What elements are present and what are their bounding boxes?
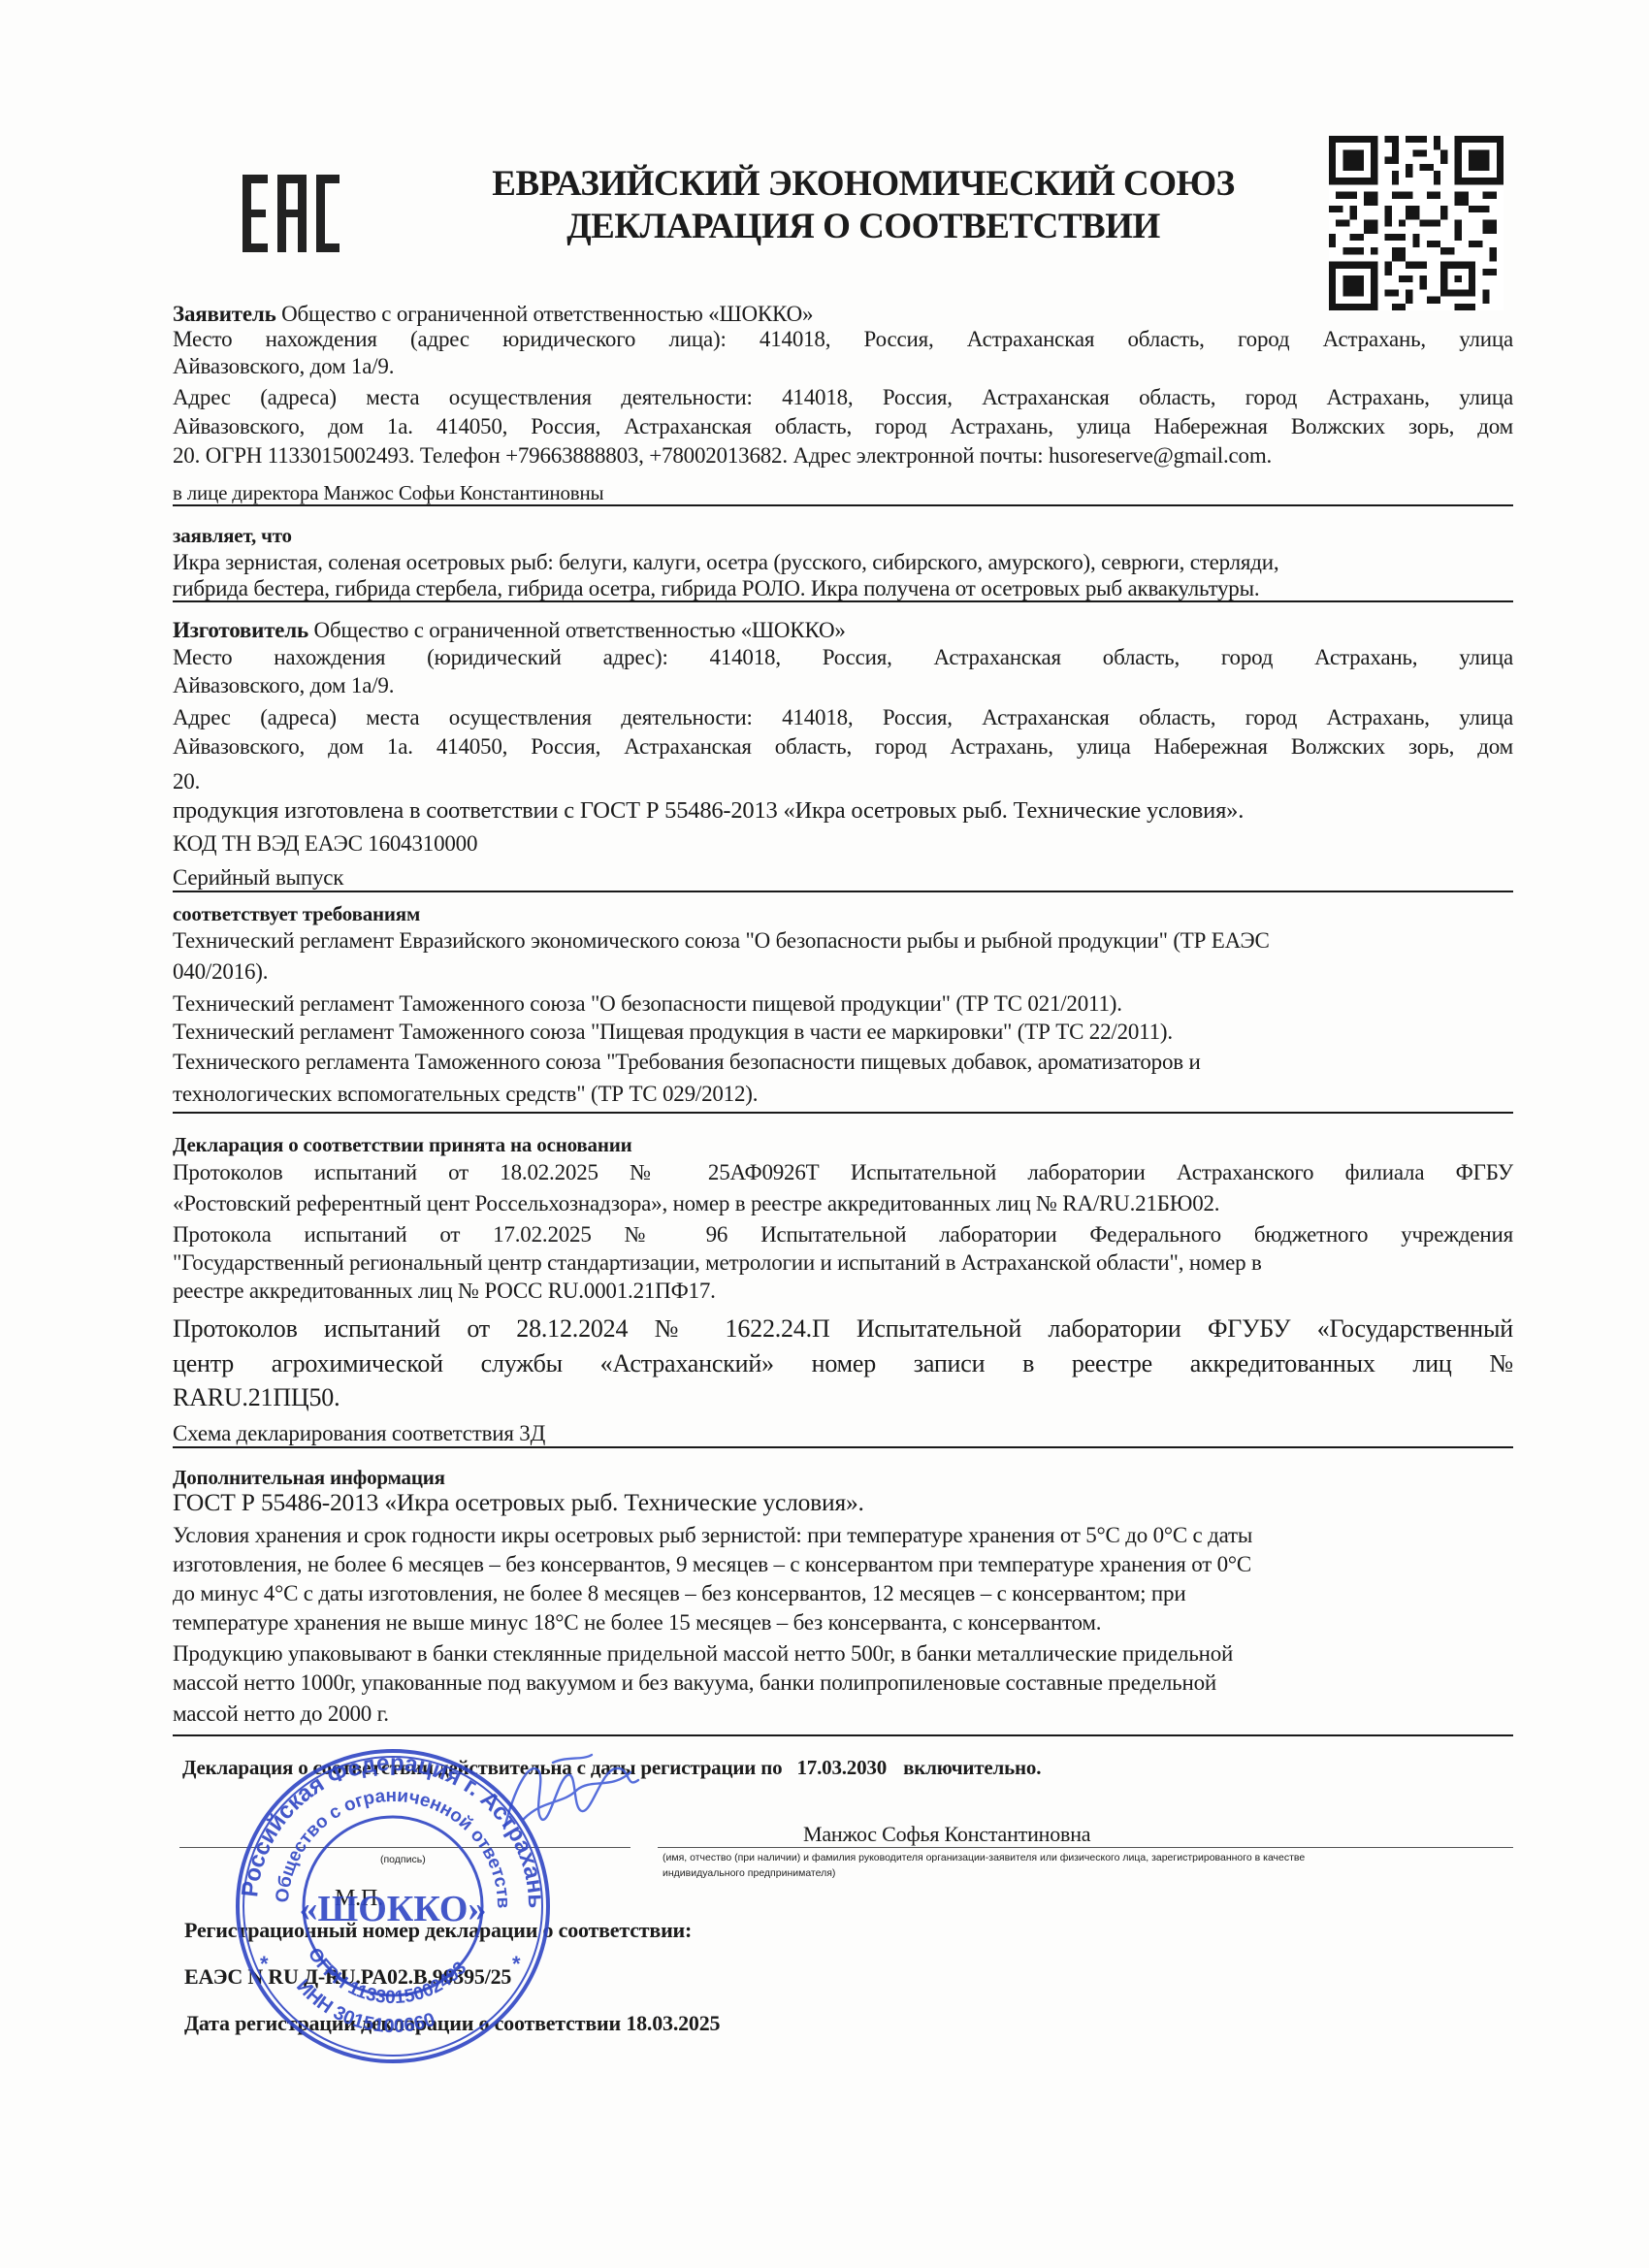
regulation-line: Технический регламент Таможенного союза …	[173, 1019, 1173, 1046]
regulation-line: 040/2016).	[173, 958, 268, 986]
regulation-line: Технический регламент Евразийского эконо…	[173, 927, 1270, 955]
declares-label: заявляет, что	[173, 522, 292, 549]
eac-logo	[242, 175, 339, 252]
storage-line: до минус 4°С с даты изготовления, не бол…	[173, 1580, 1185, 1607]
applicant-activity-line: Адрес (адреса) места осуществления деяте…	[173, 384, 1513, 411]
name-line	[658, 1847, 1513, 1848]
name-caption: индивидуального предпринимателя)	[663, 1866, 835, 1880]
document-title: ЕВРАЗИЙСКИЙ ЭКОНОМИЧЕСКИЙ СОЮЗ ДЕКЛАРАЦИ…	[436, 163, 1290, 248]
protocol-line: реестре аккредитованных лиц № РОСС RU.00…	[173, 1278, 716, 1305]
production-standard: продукция изготовлена в соответствии с Г…	[173, 797, 1244, 825]
protocol-line: Протоколов испытаний от 28.12.2024 № 162…	[173, 1313, 1513, 1345]
protocol-line: центр агрохимической службы «Астрахански…	[173, 1348, 1513, 1379]
divider	[173, 600, 1513, 602]
applicant-activity-line: Айвазовского, дом 1а. 414050, Россия, Ас…	[173, 413, 1513, 440]
product-line: гибрида бестера, гибрида стербела, гибри…	[173, 575, 1259, 602]
divider	[173, 891, 1513, 892]
packaging-line: массой нетто 1000г, упакованные под ваку…	[173, 1669, 1216, 1697]
validity-suffix: включительно.	[903, 1756, 1041, 1779]
registration-date: 18.03.2025	[626, 2011, 720, 2035]
applicant-representative: в лице директора Манжос Софьи Константин…	[173, 479, 603, 506]
qr-code-icon[interactable]	[1329, 136, 1503, 310]
title-union: ЕВРАЗИЙСКИЙ ЭКОНОМИЧЕСКИЙ СОЮЗ	[436, 163, 1290, 206]
svg-text:*: *	[512, 1952, 521, 1976]
protocol-line: Протоколов испытаний от 18.02.2025 № 25А…	[173, 1159, 1513, 1186]
manufacturer-label: Изготовитель	[173, 618, 308, 642]
protocol-line: «Ростовский референтный цент Россельхозн…	[173, 1190, 1219, 1217]
conforms-label: соответствует требованиям	[173, 900, 420, 927]
divider	[173, 504, 1513, 506]
manufacturer-address-line: Место нахождения (юридический адрес): 41…	[173, 644, 1513, 671]
divider	[173, 1446, 1513, 1448]
additional-gost: ГОСТ Р 55486-2013 «Икра осетровых рыб. Т…	[173, 1489, 864, 1516]
validity-date: 17.03.2030	[797, 1756, 888, 1779]
svg-text:*: *	[260, 1952, 269, 1976]
manufacturer-address-line: Айвазовского, дом 1а/9.	[173, 672, 394, 699]
company-stamp-icon: Российская Федерация г. Астрахань Общест…	[233, 1746, 553, 2066]
applicant-contacts-line: 20. ОГРН 1133015002493. Телефон +7966388…	[173, 442, 1272, 470]
svg-text:«ШОККО»: «ШОККО»	[299, 1889, 486, 1929]
product-line: Икра зернистая, соленая осетровых рыб: б…	[173, 549, 1278, 576]
applicant-address-line: Айвазовского, дом 1а/9.	[173, 353, 394, 380]
title-declaration: ДЕКЛАРАЦИЯ О СООТВЕТСТВИИ	[436, 206, 1290, 248]
packaging-line: массой нетто до 2000 г.	[173, 1701, 389, 1728]
storage-line: температуре хранения не выше минус 18°С …	[173, 1609, 1101, 1636]
protocol-line: RARU.21ПЦ50.	[173, 1382, 339, 1413]
hs-code: КОД ТН ВЭД ЕАЭС 1604310000	[173, 830, 477, 858]
declaration-scheme: Схема декларирования соответствия 3Д	[173, 1420, 545, 1447]
manufacturer-name: Общество с ограниченной ответственностью…	[314, 618, 846, 642]
regulation-line: технологических вспомогательных средств"…	[173, 1081, 758, 1108]
basis-label: Декларация о соответствии принята на осн…	[173, 1131, 632, 1158]
storage-line: Условия хранения и срок годности икры ос…	[173, 1522, 1252, 1549]
applicant-name: Общество с ограниченной ответственностью…	[281, 302, 813, 326]
manufacturer-activity-line: Адрес (адреса) места осуществления деяте…	[173, 704, 1513, 731]
protocol-line: Протокола испытаний от 17.02.2025 № 96 И…	[173, 1221, 1513, 1248]
applicant-address-line: Место нахождения (адрес юридического лиц…	[173, 326, 1513, 353]
signatory-name: Манжос Софья Константиновна	[803, 1821, 1090, 1848]
packaging-line: Продукцию упаковывают в банки стеклянные…	[173, 1640, 1233, 1668]
applicant-label: Заявитель	[173, 302, 276, 326]
release-type: Серийный выпуск	[173, 864, 343, 891]
regulation-line: Технического регламента Таможенного союз…	[173, 1049, 1201, 1076]
applicant-heading: Заявитель Общество с ограниченной ответс…	[173, 301, 813, 328]
regulation-line: Технический регламент Таможенного союза …	[173, 990, 1122, 1018]
manufacturer-activity-line: Айвазовского, дом 1а. 414050, Россия, Ас…	[173, 733, 1513, 761]
divider	[173, 1112, 1513, 1114]
additional-label: Дополнительная информация	[173, 1464, 445, 1491]
storage-line: изготовления, не более 6 месяцев – без к…	[173, 1551, 1251, 1578]
manufacturer-heading: Изготовитель Общество с ограниченной отв…	[173, 617, 846, 644]
divider	[173, 1734, 1513, 1736]
protocol-line: "Государственный региональный центр стан…	[173, 1249, 1262, 1277]
name-caption: (имя, отчество (при наличии) и фамилия р…	[663, 1851, 1305, 1864]
manufacturer-activity-line: 20.	[173, 768, 200, 795]
